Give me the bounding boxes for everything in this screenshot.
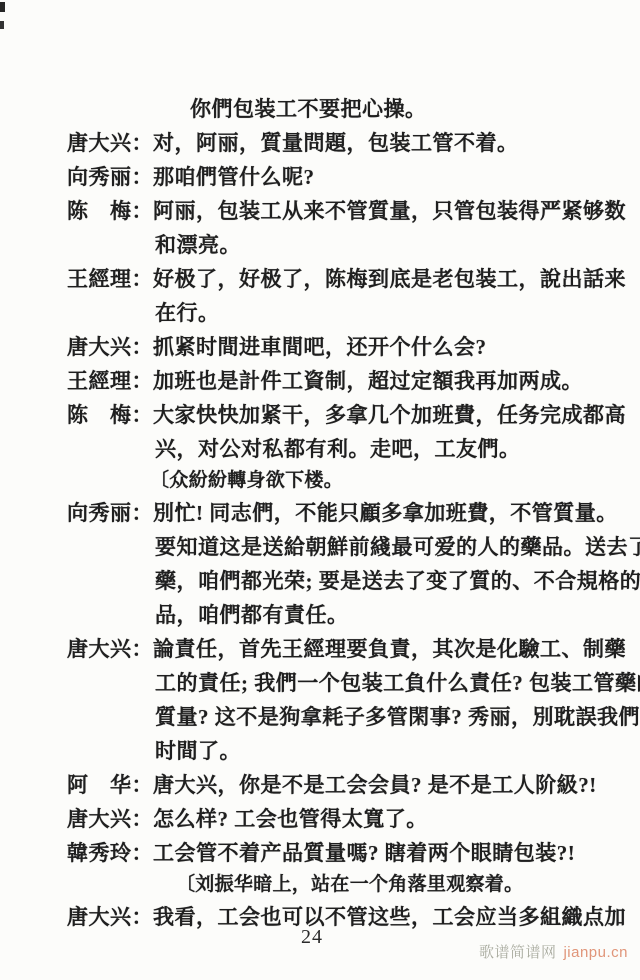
scan-artifact <box>0 0 10 40</box>
speaker-name: 唐大兴： <box>67 807 153 831</box>
continuation-line: 你們包装工不要把心操。 <box>0 92 640 126</box>
dialogue-line: 韓秀玲：工会管不着产品質量嗎? 瞎着两个眼睛包装?! <box>0 836 640 870</box>
line-text: 怎么样? 工会也管得太寬了。 <box>153 807 428 831</box>
continuation-line: 藥，咱們都光荣; 要是送去了变了質的、不合規格的藥 <box>0 564 640 598</box>
line-text: 对，阿丽，質量問題，包装工管不着。 <box>153 131 519 155</box>
dialogue-line: 唐大兴：抓紧时間进車間吧，还开个什么会? <box>0 330 640 364</box>
speaker-name: 唐大兴： <box>67 637 153 661</box>
dialogue-line: 向秀丽：別忙! 同志們，不能只顧多拿加班費，不管質量。 <box>0 496 640 530</box>
dialogue-line: 王經理：好极了，好极了，陈梅到底是老包装工，說出話来 <box>0 262 640 296</box>
line-text: 品，咱們都有責任。 <box>155 603 349 627</box>
line-text: 質量? 这不是狗拿耗子多管閑事? 秀丽，別耽誤我們的 <box>155 705 640 729</box>
dialogue-line: 陈 梅：阿丽，包装工从来不管質量，只管包装得严紧够数 <box>0 194 640 228</box>
line-text: 工的責任; 我們一个包装工負什么責任? 包装工管藥的 <box>155 671 640 695</box>
dialogue-line: 陈 梅：大家快快加紧干，多拿几个加班費，任务完成都高 <box>0 398 640 432</box>
continuation-line: 兴，对公对私都有利。走吧，工友們。 <box>0 432 640 466</box>
speaker-name: 唐大兴： <box>67 335 153 359</box>
line-text: 唐大兴，你是不是工会会員? 是不是工人阶級?! <box>153 773 597 797</box>
speaker-name: 唐大兴： <box>67 131 153 155</box>
line-text: 和漂亮。 <box>155 233 241 257</box>
speaker-name: 陈 梅： <box>67 199 153 223</box>
stage-direction: 〔众紛紛轉身欲下楼。 <box>0 466 640 496</box>
speaker-name: 王經理： <box>67 369 153 393</box>
speaker-name: 向秀丽： <box>67 501 153 525</box>
continuation-line: 要知道这是送給朝鮮前綫最可爱的人的藥品。送去了好 <box>0 530 640 564</box>
continuation-line: 时間了。 <box>0 734 640 768</box>
watermark-url: jianpu.cn <box>563 944 628 961</box>
line-text: 別忙! 同志們，不能只顧多拿加班費，不管質量。 <box>153 501 618 525</box>
continuation-line: 在行。 <box>0 296 640 330</box>
speaker-name: 向秀丽： <box>67 165 153 189</box>
speaker-name: 韓秀玲： <box>67 841 153 865</box>
continuation-line: 質量? 这不是狗拿耗子多管閑事? 秀丽，別耽誤我們的 <box>0 700 640 734</box>
line-text: 抓紧时間进車間吧，还开个什么会? <box>153 335 487 359</box>
dialogue-line: 向秀丽：那咱們管什么呢? <box>0 160 640 194</box>
continuation-line: 和漂亮。 <box>0 228 640 262</box>
continuation-line: 工的責任; 我們一个包装工負什么責任? 包装工管藥的 <box>0 666 640 700</box>
stage-direction: 〔刘振华暗上，站在一个角落里观察着。 <box>0 870 640 900</box>
line-text: 你們包装工不要把心操。 <box>190 97 427 121</box>
line-text: 加班也是計件工資制，超过定額我再加两成。 <box>153 369 583 393</box>
dialogue-line: 唐大兴：論責任，首先王經理要負責，其次是化驗工、制藥 <box>0 632 640 666</box>
speaker-name: 王經理： <box>67 267 153 291</box>
line-text: 藥，咱們都光荣; 要是送去了变了質的、不合規格的藥 <box>155 569 640 593</box>
watermark: 歌谱简谱网jianpu.cn <box>479 941 628 962</box>
line-text: 大家快快加紧干，多拿几个加班費，任务完成都高 <box>153 403 626 427</box>
scanned-script-page: 你們包装工不要把心操。 唐大兴：对，阿丽，質量問題，包装工管不着。 向秀丽：那咱… <box>0 0 640 980</box>
dialogue-line: 唐大兴：怎么样? 工会也管得太寬了。 <box>0 802 640 836</box>
speaker-name: 陈 梅： <box>67 403 153 427</box>
line-text: 阿丽，包装工从来不管質量，只管包装得严紧够数 <box>153 199 626 223</box>
script-body: 你們包装工不要把心操。 唐大兴：对，阿丽，質量問題，包装工管不着。 向秀丽：那咱… <box>0 92 640 934</box>
continuation-line: 品，咱們都有責任。 <box>0 598 640 632</box>
speaker-name: 阿 华： <box>67 773 153 797</box>
line-text: 时間了。 <box>155 739 241 763</box>
line-text: 〔刘振华暗上，站在一个角落里观察着。 <box>176 874 523 895</box>
line-text: 〔众紛紛轉身欲下楼。 <box>150 470 343 491</box>
line-text: 那咱們管什么呢? <box>153 165 315 189</box>
line-text: 論責任，首先王經理要負責，其次是化驗工、制藥 <box>153 637 626 661</box>
line-text: 在行。 <box>155 301 220 325</box>
line-text: 要知道这是送給朝鮮前綫最可爱的人的藥品。送去了好 <box>155 535 640 559</box>
dialogue-line: 阿 华：唐大兴，你是不是工会会員? 是不是工人阶級?! <box>0 768 640 802</box>
dialogue-line: 王經理：加班也是計件工資制，超过定額我再加两成。 <box>0 364 640 398</box>
line-text: 工会管不着产品質量嗎? 瞎着两个眼睛包装?! <box>153 841 575 865</box>
dialogue-line: 唐大兴：对，阿丽，質量問題，包装工管不着。 <box>0 126 640 160</box>
line-text: 兴，对公对私都有利。走吧，工友們。 <box>155 437 521 461</box>
watermark-site-name: 歌谱简谱网 <box>479 944 557 961</box>
line-text: 好极了，好极了，陈梅到底是老包装工，說出話来 <box>153 267 626 291</box>
